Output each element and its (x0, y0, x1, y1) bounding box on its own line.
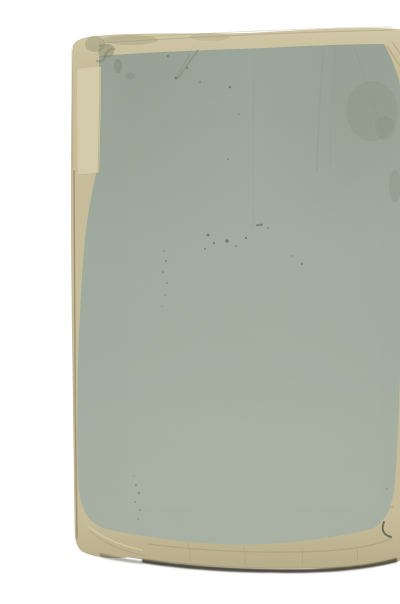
grain-layer (65, 21, 400, 581)
paper-grain (65, 21, 400, 581)
book-photo-canvas (40, 16, 400, 588)
book-photo (40, 16, 400, 588)
